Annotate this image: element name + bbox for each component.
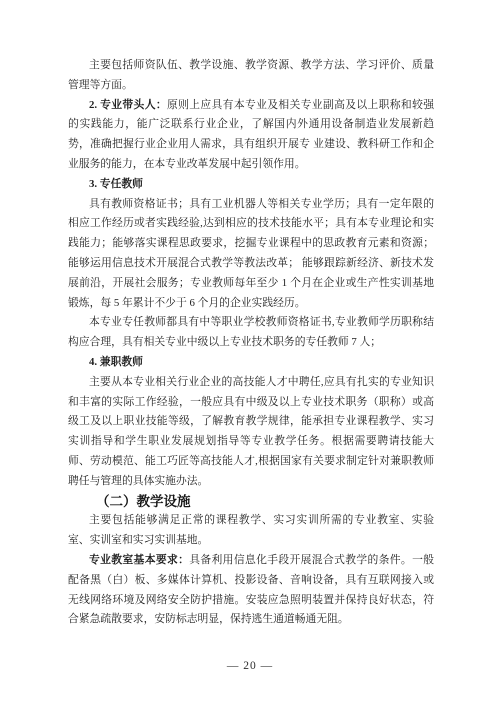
numbered-subheading: 4. 兼职教师 [68, 353, 434, 373]
document-page: 主要包括师资队伍、教学设施、教学资源、教学方法、学习评价、质量管理等方面。 2.… [0, 0, 500, 707]
paragraph-lead: 4. 兼职教师 [89, 356, 143, 368]
section-heading: （二）教学设施 [68, 492, 434, 512]
paragraph-text: 主要包括能够满足正常的课程教学、实习实训所需的专业教室、实验室、实训室和实习实训… [68, 514, 434, 546]
paragraph-lead: 专业教室基本要求： [89, 554, 189, 566]
document-content: 主要包括师资队伍、教学设施、教学资源、教学方法、学习评价、质量管理等方面。 2.… [68, 56, 434, 630]
page-footer: — 20 — [0, 660, 500, 672]
paragraph: 主要从本专业相关行业企业的高技能人才中聘任,应具有扎实的专业知识和丰富的实际工作… [68, 373, 434, 492]
paragraph: 专业教室基本要求：具备利用信息化手段开展混合式教学的条件。一般配备黑（白）板、多… [68, 551, 434, 630]
paragraph-text: 主要从本专业相关行业企业的高技能人才中聘任,应具有扎实的专业知识和丰富的实际工作… [68, 376, 434, 487]
paragraph: 主要包括师资队伍、教学设施、教学资源、教学方法、学习评价、质量管理等方面。 [68, 56, 434, 96]
paragraph-text: 具有教师资格证书；具有工业机器人等相关专业学历；具有一定年限的相应工作经历或者实… [68, 198, 434, 309]
numbered-subheading: 3. 专任教师 [68, 175, 434, 195]
paragraph: 本专业专任教师都具有中等职业学校教师资格证书,专业教师学历职称结构应合理，具有相… [68, 313, 434, 353]
paragraph: 具有教师资格证书；具有工业机器人等相关专业学历；具有一定年限的相应工作经历或者实… [68, 195, 434, 314]
paragraph: 2. 专业带头人：原则上应具有本专业及相关专业副高及以上职称和较强的实践能力，能… [68, 96, 434, 175]
page-number: — 20 — [227, 660, 273, 672]
paragraph: 主要包括能够满足正常的课程教学、实习实训所需的专业教室、实验室、实训室和实习实训… [68, 511, 434, 551]
paragraph-lead: 2. 专业带头人： [89, 99, 167, 111]
paragraph-text: 主要包括师资队伍、教学设施、教学资源、教学方法、学习评价、质量管理等方面。 [68, 59, 434, 91]
paragraph-text: 本专业专任教师都具有中等职业学校教师资格证书,专业教师学历职称结构应合理，具有相… [68, 316, 434, 348]
paragraph-lead: 3. 专任教师 [89, 178, 143, 190]
